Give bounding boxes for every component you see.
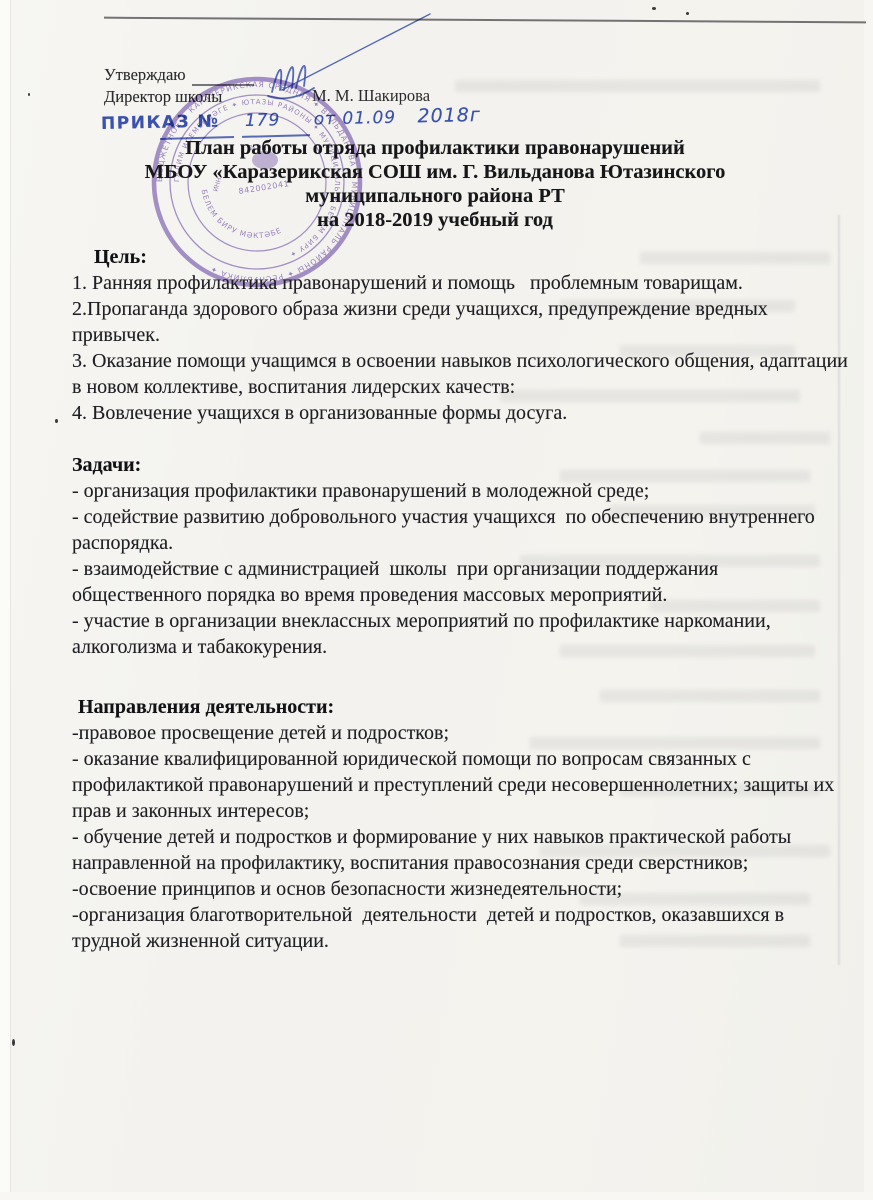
goal-item: 3. Оказание помощи учащимся в освоении н…	[72, 348, 852, 400]
scan-speck	[55, 419, 58, 423]
task-item: - содействие развитию добровольного учас…	[72, 504, 852, 556]
scanned-document-page: Утверждаю Директор школы М. М. Шакирова …	[0, 0, 873, 1200]
direction-item: -освоение принципов и основ безопасности…	[72, 876, 852, 902]
paper-bottom-edge	[0, 1192, 873, 1200]
direction-item: - оказание квалифицированной юридической…	[72, 746, 852, 824]
scan-speck	[686, 12, 689, 15]
section-heading-goals: Цель:	[72, 244, 852, 270]
document-body: Цель: 1. Ранняя профилактика правонаруше…	[72, 244, 852, 954]
page-title-line: на 2018-2019 учебный год	[55, 208, 815, 232]
goal-item: 4. Вовлечение учащихся в организованные …	[72, 400, 852, 426]
direction-item: -организация благотворительной деятельно…	[72, 902, 852, 954]
direction-item: - обучение детей и подростков и формиров…	[72, 824, 852, 876]
paper-right-edge	[864, 0, 873, 1200]
page-title-line: План работы отряда профилактики правонар…	[55, 136, 815, 160]
section-heading-tasks: Задачи:	[72, 452, 852, 478]
task-item: - участие в организации внеклассных меро…	[72, 608, 852, 660]
page-title-line: МБОУ «Каразерикская СОШ им. Г. Вильданов…	[55, 160, 815, 184]
scan-speck	[28, 93, 30, 96]
paper-left-edge	[0, 0, 11, 1200]
goal-item: 2.Пропаганда здорового образа жизни сред…	[72, 296, 852, 348]
page-title: План работы отряда профилактики правонар…	[55, 136, 815, 232]
section-heading-directions: Направления деятельности:	[72, 694, 852, 720]
goal-item: 1. Ранняя профилактика правонарушений и …	[72, 270, 852, 296]
page-title-line: муниципального района РТ	[55, 184, 815, 208]
order-year: 2018г	[417, 104, 481, 127]
scan-top-line	[104, 17, 866, 24]
bleedthrough-line	[455, 80, 820, 92]
task-item: - организация профилактики правонарушени…	[72, 478, 852, 504]
scan-speck	[12, 1039, 15, 1046]
task-item: - взаимодействие с администрацией школы …	[72, 556, 852, 608]
direction-item: -правовое просвещение детей и подростков…	[72, 720, 852, 746]
scan-speck	[652, 7, 656, 10]
